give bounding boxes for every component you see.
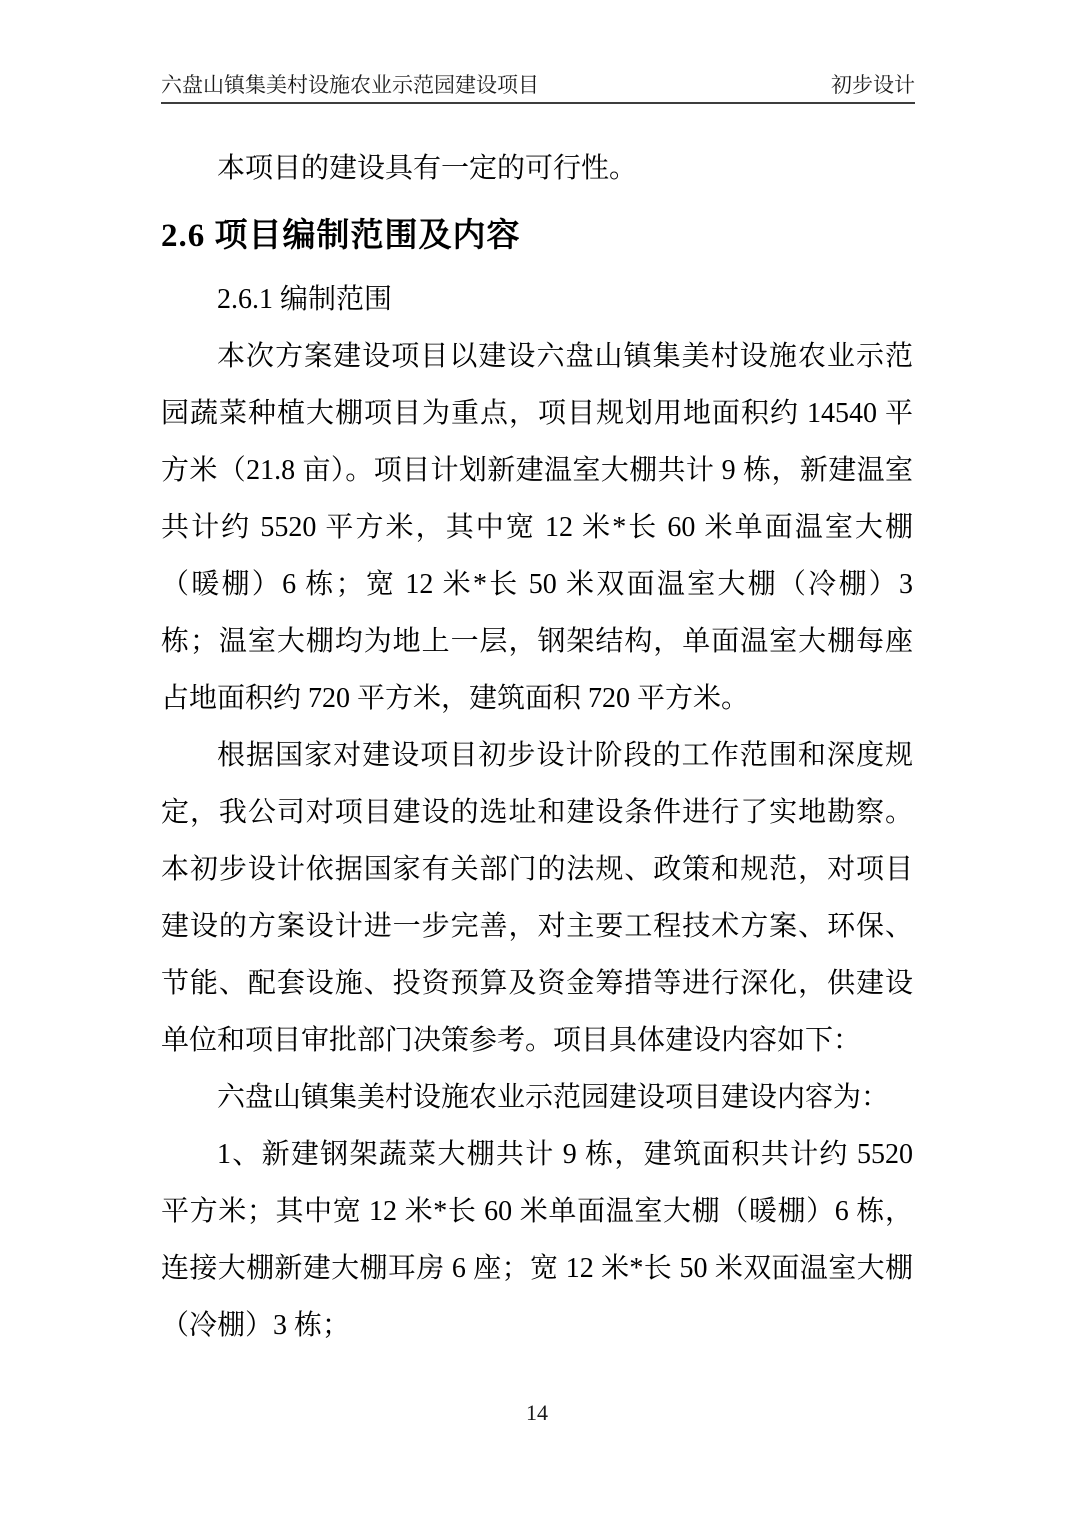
- page-footer: 14: [0, 1400, 1074, 1426]
- document-content: 本项目的建设具有一定的可行性。 2.6 项目编制范围及内容 2.6.1 编制范围…: [161, 140, 913, 1354]
- page-header: 六盘山镇集美村设施农业示范园建设项目 初步设计: [161, 72, 915, 104]
- subsection-heading-2-6-1: 2.6.1 编制范围: [161, 271, 913, 328]
- section-heading-2-6: 2.6 项目编制范围及内容: [161, 207, 913, 265]
- paragraph-construction-item-1: 1、新建钢架蔬菜大棚共计 9 栋，建筑面积共计约 5520 平方米；其中宽 12…: [161, 1126, 913, 1354]
- paragraph-feasibility: 本项目的建设具有一定的可行性。: [161, 140, 913, 197]
- paragraph-project-scope: 本次方案建设项目以建设六盘山镇集美村设施农业示范园蔬菜种植大棚项目为重点，项目规…: [161, 328, 913, 727]
- page-number: 14: [526, 1400, 548, 1425]
- header-project-title: 六盘山镇集美村设施农业示范园建设项目: [161, 72, 539, 98]
- document-page: 六盘山镇集美村设施农业示范园建设项目 初步设计 本项目的建设具有一定的可行性。 …: [0, 0, 1074, 1520]
- paragraph-design-basis: 根据国家对建设项目初步设计阶段的工作范围和深度规定，我公司对项目建设的选址和建设…: [161, 727, 913, 1069]
- header-doc-type: 初步设计: [831, 72, 915, 98]
- paragraph-content-intro: 六盘山镇集美村设施农业示范园建设项目建设内容为：: [161, 1069, 913, 1126]
